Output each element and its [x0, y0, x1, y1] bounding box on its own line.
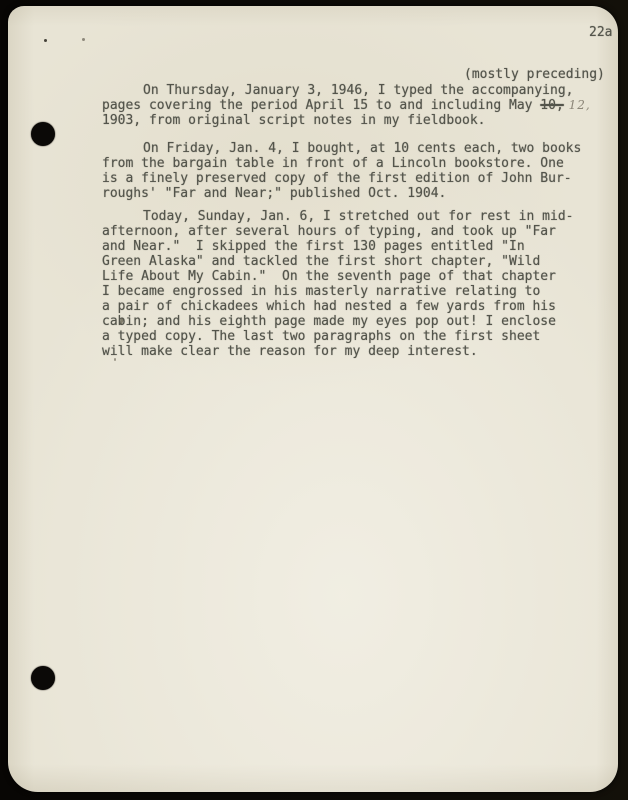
paragraph-1-text-after: 1903, from original script notes in my f… [102, 113, 486, 128]
paragraph-1-text: On Thursday, January 3, 1946, I typed th… [102, 83, 573, 113]
paragraph-3: Today, Sunday, Jan. 6, I stretched out f… [102, 209, 594, 359]
punch-hole-top [31, 122, 55, 146]
struck-out-date: 10, [540, 98, 563, 113]
paragraph-1: On Thursday, January 3, 1946, I typed th… [102, 83, 594, 128]
scan-backdrop: 22a (mostly preceding) On Thursday, Janu… [0, 0, 628, 800]
dust-speck [44, 39, 47, 42]
annotation-mostly-preceding: (mostly preceding) [464, 67, 605, 82]
handwritten-correction: 12, [564, 98, 591, 112]
punch-hole-bottom [31, 666, 55, 690]
paper-sheet: 22a (mostly preceding) On Thursday, Janu… [8, 6, 618, 792]
typed-content: On Thursday, January 3, 1946, I typed th… [102, 83, 594, 359]
page-number: 22a [589, 25, 612, 40]
paragraph-2: On Friday, Jan. 4, I bought, at 10 cents… [102, 141, 594, 201]
dust-speck [82, 38, 85, 41]
